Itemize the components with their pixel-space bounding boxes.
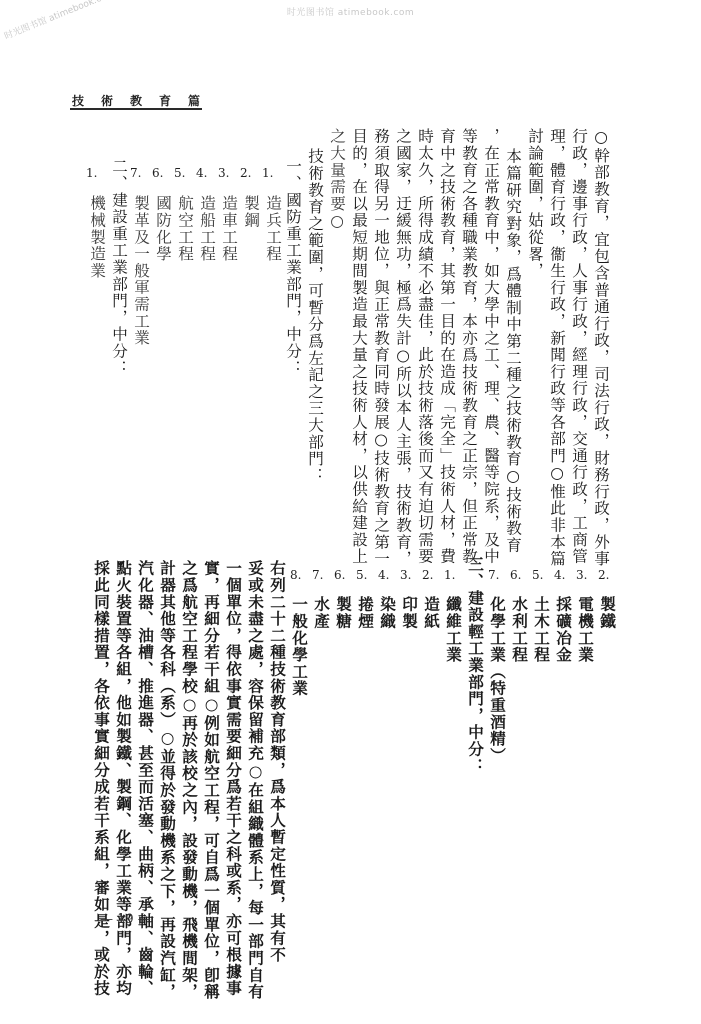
item-number: 7. [488, 568, 499, 582]
paragraph-line: 之大量需要○ [326, 128, 348, 231]
item-number: 6. [152, 166, 163, 180]
item-number: 3. [576, 568, 587, 582]
list-item: 航空工程 [174, 195, 196, 262]
list-item: 化學工業（特重酒精） [486, 596, 508, 764]
list-item: 電機工業 [574, 596, 596, 663]
list-item: 水利工程 [508, 596, 530, 663]
section-heading: 二、建設重工業部門，中分： [108, 158, 130, 376]
item-number: 2. [422, 568, 433, 582]
section-heading: 一、國防重工業部門，中分： [282, 158, 304, 376]
item-number: 5. [174, 166, 185, 180]
paragraph-line: 等教育之各種職業教育，本亦爲技術教育之正宗，但正常教 [458, 128, 480, 565]
list-item: 製鐵 [596, 596, 618, 630]
paragraph-line: 右列二十二種技術教育部類，爲本人暫定性質，其有不 [266, 560, 288, 963]
paragraph-line: 汽化器、油槽、推進器、甚至而活塞、曲柄、承軸、齒輪、 [134, 560, 156, 997]
header-rule [70, 108, 202, 110]
list-item: 一般化學工業 [288, 596, 310, 697]
item-number: 5. [356, 568, 367, 582]
paragraph-line: 本篇研究對象，爲體制中第二種之技術教育○技術教育 [502, 148, 524, 554]
paragraph-line: 採此同樣措置，各依事實細分成若干系組，審如是，或於技 [90, 560, 112, 997]
list-item: 纖維工業 [442, 596, 464, 663]
list-item: 水產 [310, 596, 332, 630]
paragraph-line: 理，體育行政，衞生行政，新聞行政等各部門○惟此非本篇 [546, 128, 568, 567]
paragraph-line: 一個單位，得依事實需要細分爲若干之科或系，亦可根據事 [222, 560, 244, 997]
list-item: 製鋼 [240, 195, 262, 229]
list-item: 土木工程 [530, 596, 552, 663]
item-number: 7. [312, 568, 323, 582]
paragraph-line: 計器其他等各科（系）○並得於發動機系之下，再設汽缸， [156, 560, 178, 1000]
item-number: 4. [378, 568, 389, 582]
running-header: 技 術 教 育 篇 [72, 92, 200, 112]
item-number: 4. [196, 166, 207, 180]
item-number: 1. [444, 568, 455, 582]
list-item: 機械製造業 [86, 195, 108, 279]
paragraph-line: 實，再細分若干組○例如航空工程，可自爲一個單位，卽稱 [200, 560, 222, 1000]
item-number: 8. [290, 568, 301, 582]
header-char: 教 [130, 92, 142, 109]
list-item: 採礦冶金 [552, 596, 574, 663]
item-number: 4. [554, 568, 565, 582]
item-number: 6. [334, 568, 345, 582]
paragraph-line: 妥或未盡之處，容保留補充○在組織體系上，每一部門自有 [244, 560, 266, 1000]
paragraph-line: 務須取得另一地位，與正常教育同時發展○技術教育之第一 [370, 128, 392, 567]
header-title: 技 術 教 育 篇 [72, 92, 200, 109]
list-item: 造紙 [420, 596, 442, 630]
page-number: — 19 — [100, 912, 151, 927]
paragraph-line: 行政，邊事行政，人事行政，經理行政，交通行政，工商管 [568, 128, 590, 565]
list-item: 造車工程 [218, 195, 240, 262]
item-number: 3. [400, 568, 411, 582]
section-heading: 三、建設輕工業部門，中分： [464, 556, 486, 774]
item-number: 7. [130, 166, 141, 180]
paragraph-line: ，在正常教育中，如大學中之工、理、農、醫等院系，及中 [480, 128, 502, 565]
list-item: 造兵工程 [262, 195, 284, 262]
item-number: 2. [598, 568, 609, 582]
paragraph-line: ○幹部教育，宜包含普通行政，司法行政，財務行政，外事 [590, 128, 612, 567]
paragraph-line: 之爲航空工程學校○再於該校之內，設發動機，飛機間架， [178, 560, 200, 1000]
paragraph-line: 之國家，迂緩無功，極爲失計○所以本人主張，技術教育， [392, 128, 414, 567]
list-item: 造船工程 [196, 195, 218, 262]
item-number: 6. [510, 568, 521, 582]
paragraph-line: 技術教育之範圍，可暫分爲左記之三大部門： [304, 148, 326, 484]
item-number: 1. [262, 166, 273, 180]
paragraph-line: 時太久，所得成績不必盡佳，此於技術落後而又有迫切需要 [414, 128, 436, 565]
header-char: 育 [159, 92, 171, 109]
list-item: 國防化學 [152, 195, 174, 262]
paragraph-line: 目的，在以最短期間製造最大量之技術人材，以供給建設上 [348, 128, 370, 565]
item-number: 2. [240, 166, 251, 180]
paragraph-line: 點火裝置等各組，他如製鐵、製鋼、化學工業等部門，亦均 [112, 560, 134, 997]
item-number: 1. [86, 166, 97, 180]
header-char: 術 [101, 92, 113, 109]
header-char: 篇 [188, 92, 200, 109]
paragraph-line: 育中之技術教育，其第一目的在造成「完全」技術人材，費 [436, 128, 458, 565]
header-char: 技 [72, 92, 84, 109]
list-item: 製革及一般軍需工業 [130, 195, 152, 346]
watermark-top: 时光图书馆 atimebook.com [0, 5, 701, 18]
list-item: 製糖 [332, 596, 354, 630]
list-item: 捲煙 [354, 596, 376, 630]
list-item: 染織 [376, 596, 398, 630]
list-item: 印製 [398, 596, 420, 630]
paragraph-line: 討論範圍，姑從畧， [524, 128, 546, 279]
item-number: 3. [218, 166, 229, 180]
item-number: 5. [532, 568, 543, 582]
